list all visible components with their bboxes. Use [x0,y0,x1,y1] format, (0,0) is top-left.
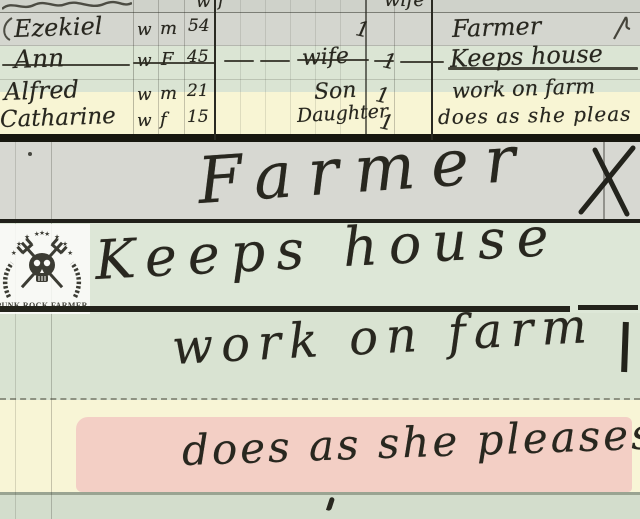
occupation-cell: does as she pleas [438,104,632,127]
pen-flourish [0,16,14,42]
census-table-section: w f wife Ezekiel w m 54 1 Farmer Ann w F… [0,0,640,142]
handwriting-cross-mark [575,142,640,220]
column-line [51,142,52,519]
name-cell: Ezekiel [14,14,103,41]
svg-text:★: ★ [67,249,73,257]
row-background [0,495,640,519]
occupation-cell: work on farm [452,76,596,102]
underline-dash [374,60,394,62]
age-cell: 21 [187,83,209,100]
relation-cell: Daughter [297,102,389,126]
underline-dash [260,60,290,62]
column-line [290,0,291,134]
table-bottom-border [0,134,640,142]
color-cell: w [137,22,152,39]
column-line [133,0,134,134]
column-line [158,0,159,134]
name-cell: Catharine [0,105,116,132]
name-cell: Ann [14,45,65,72]
partial-row-sex: f [218,0,224,10]
sex-cell: m [160,85,177,103]
age-cell: 15 [187,109,209,126]
underline-dash [2,64,130,66]
occupation-cell: Farmer [452,14,542,41]
column-line [184,0,185,134]
name-cell: Alfred [4,77,80,104]
svg-text:★: ★ [11,249,17,257]
punk-rock-farmer-watermark: ★★★ ★★★ ★★★ [0,224,90,314]
skull-icon [29,253,55,282]
underline-dash [133,62,215,64]
sex-cell: f [160,111,167,129]
underline-dash [448,67,638,70]
age-cell: 54 [188,18,210,35]
sex-cell: F [161,51,174,69]
underline-dash [297,59,369,61]
underline-dash [224,60,254,62]
handwriting-scrawl [2,0,132,12]
partial-row-color: w [196,0,211,11]
relation-cell: Son [313,80,357,104]
ink-dot [28,152,32,156]
relation-cell: wife [301,46,349,70]
underline-dash [400,61,444,63]
color-cell: w [137,87,152,104]
column-line [240,0,241,134]
column-line [214,0,216,140]
column-line [431,0,433,140]
svg-text:★: ★ [44,230,50,238]
column-line [265,0,266,134]
skull-pitchforks-icon: ★★★ ★★★ ★★★ [0,225,90,313]
partial-row-relation: wife [384,0,425,10]
color-cell: w [137,113,152,130]
magnified-detail-section: ★★★ ★★★ ★★★ [0,142,640,519]
column-line [15,142,16,519]
pen-flourish [612,13,632,41]
scanned-census-image: w f wife Ezekiel w m 54 1 Farmer Ann w F… [0,0,640,519]
sex-cell: m [160,20,177,38]
stars-arc: ★★★ ★★★ ★★★ [11,229,73,257]
